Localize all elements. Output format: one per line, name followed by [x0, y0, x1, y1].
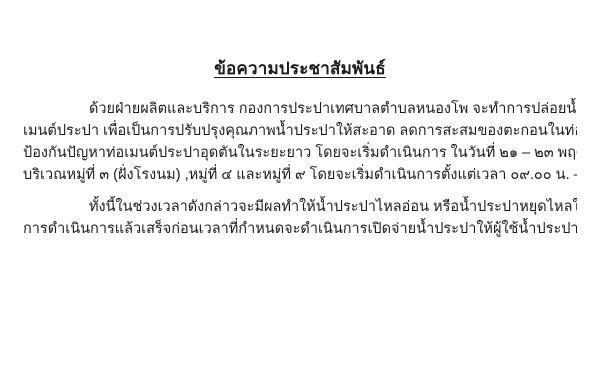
- document-body: ด้วยฝ่ายผลิตและบริการ กองการประปาเทศบาลต…: [23, 98, 577, 240]
- paragraph1-line1: ด้วยฝ่ายผลิตและบริการ กองการประปาเทศบาลต…: [23, 98, 577, 120]
- paragraph1-line2: เมนต์ประปา เพื่อเป็นการปรับปรุงคุณภาพน้ำ…: [23, 120, 577, 142]
- paragraph2-line1: ทั้งนี้ในช่วงเวลาดังกล่าวจะมีผลทำให้น้ำป…: [23, 196, 577, 218]
- document-title: ข้อความประชาสัมพันธ์: [0, 55, 600, 82]
- paragraph-notice: ทั้งนี้ในช่วงเวลาดังกล่าวจะมีผลทำให้น้ำป…: [23, 196, 577, 240]
- paragraph-announcement: ด้วยฝ่ายผลิตและบริการ กองการประปาเทศบาลต…: [23, 98, 577, 186]
- paragraph1-line3: ป้องกันปัญหาท่อเมนต์ประปาอุดตันในระยะยาว…: [23, 142, 577, 164]
- announcement-document: ข้อความประชาสัมพันธ์ ด้วยฝ่ายผลิตและบริก…: [0, 0, 600, 392]
- paragraph1-line4: บริเวณหมู่ที่ ๓ (ฝั่งโรงนม) ,หมู่ที่ ๔ แ…: [23, 164, 577, 186]
- paragraph2-line2: การดำเนินการแล้วเสร็จก่อนเวลาที่กำหนดจะด…: [23, 218, 577, 240]
